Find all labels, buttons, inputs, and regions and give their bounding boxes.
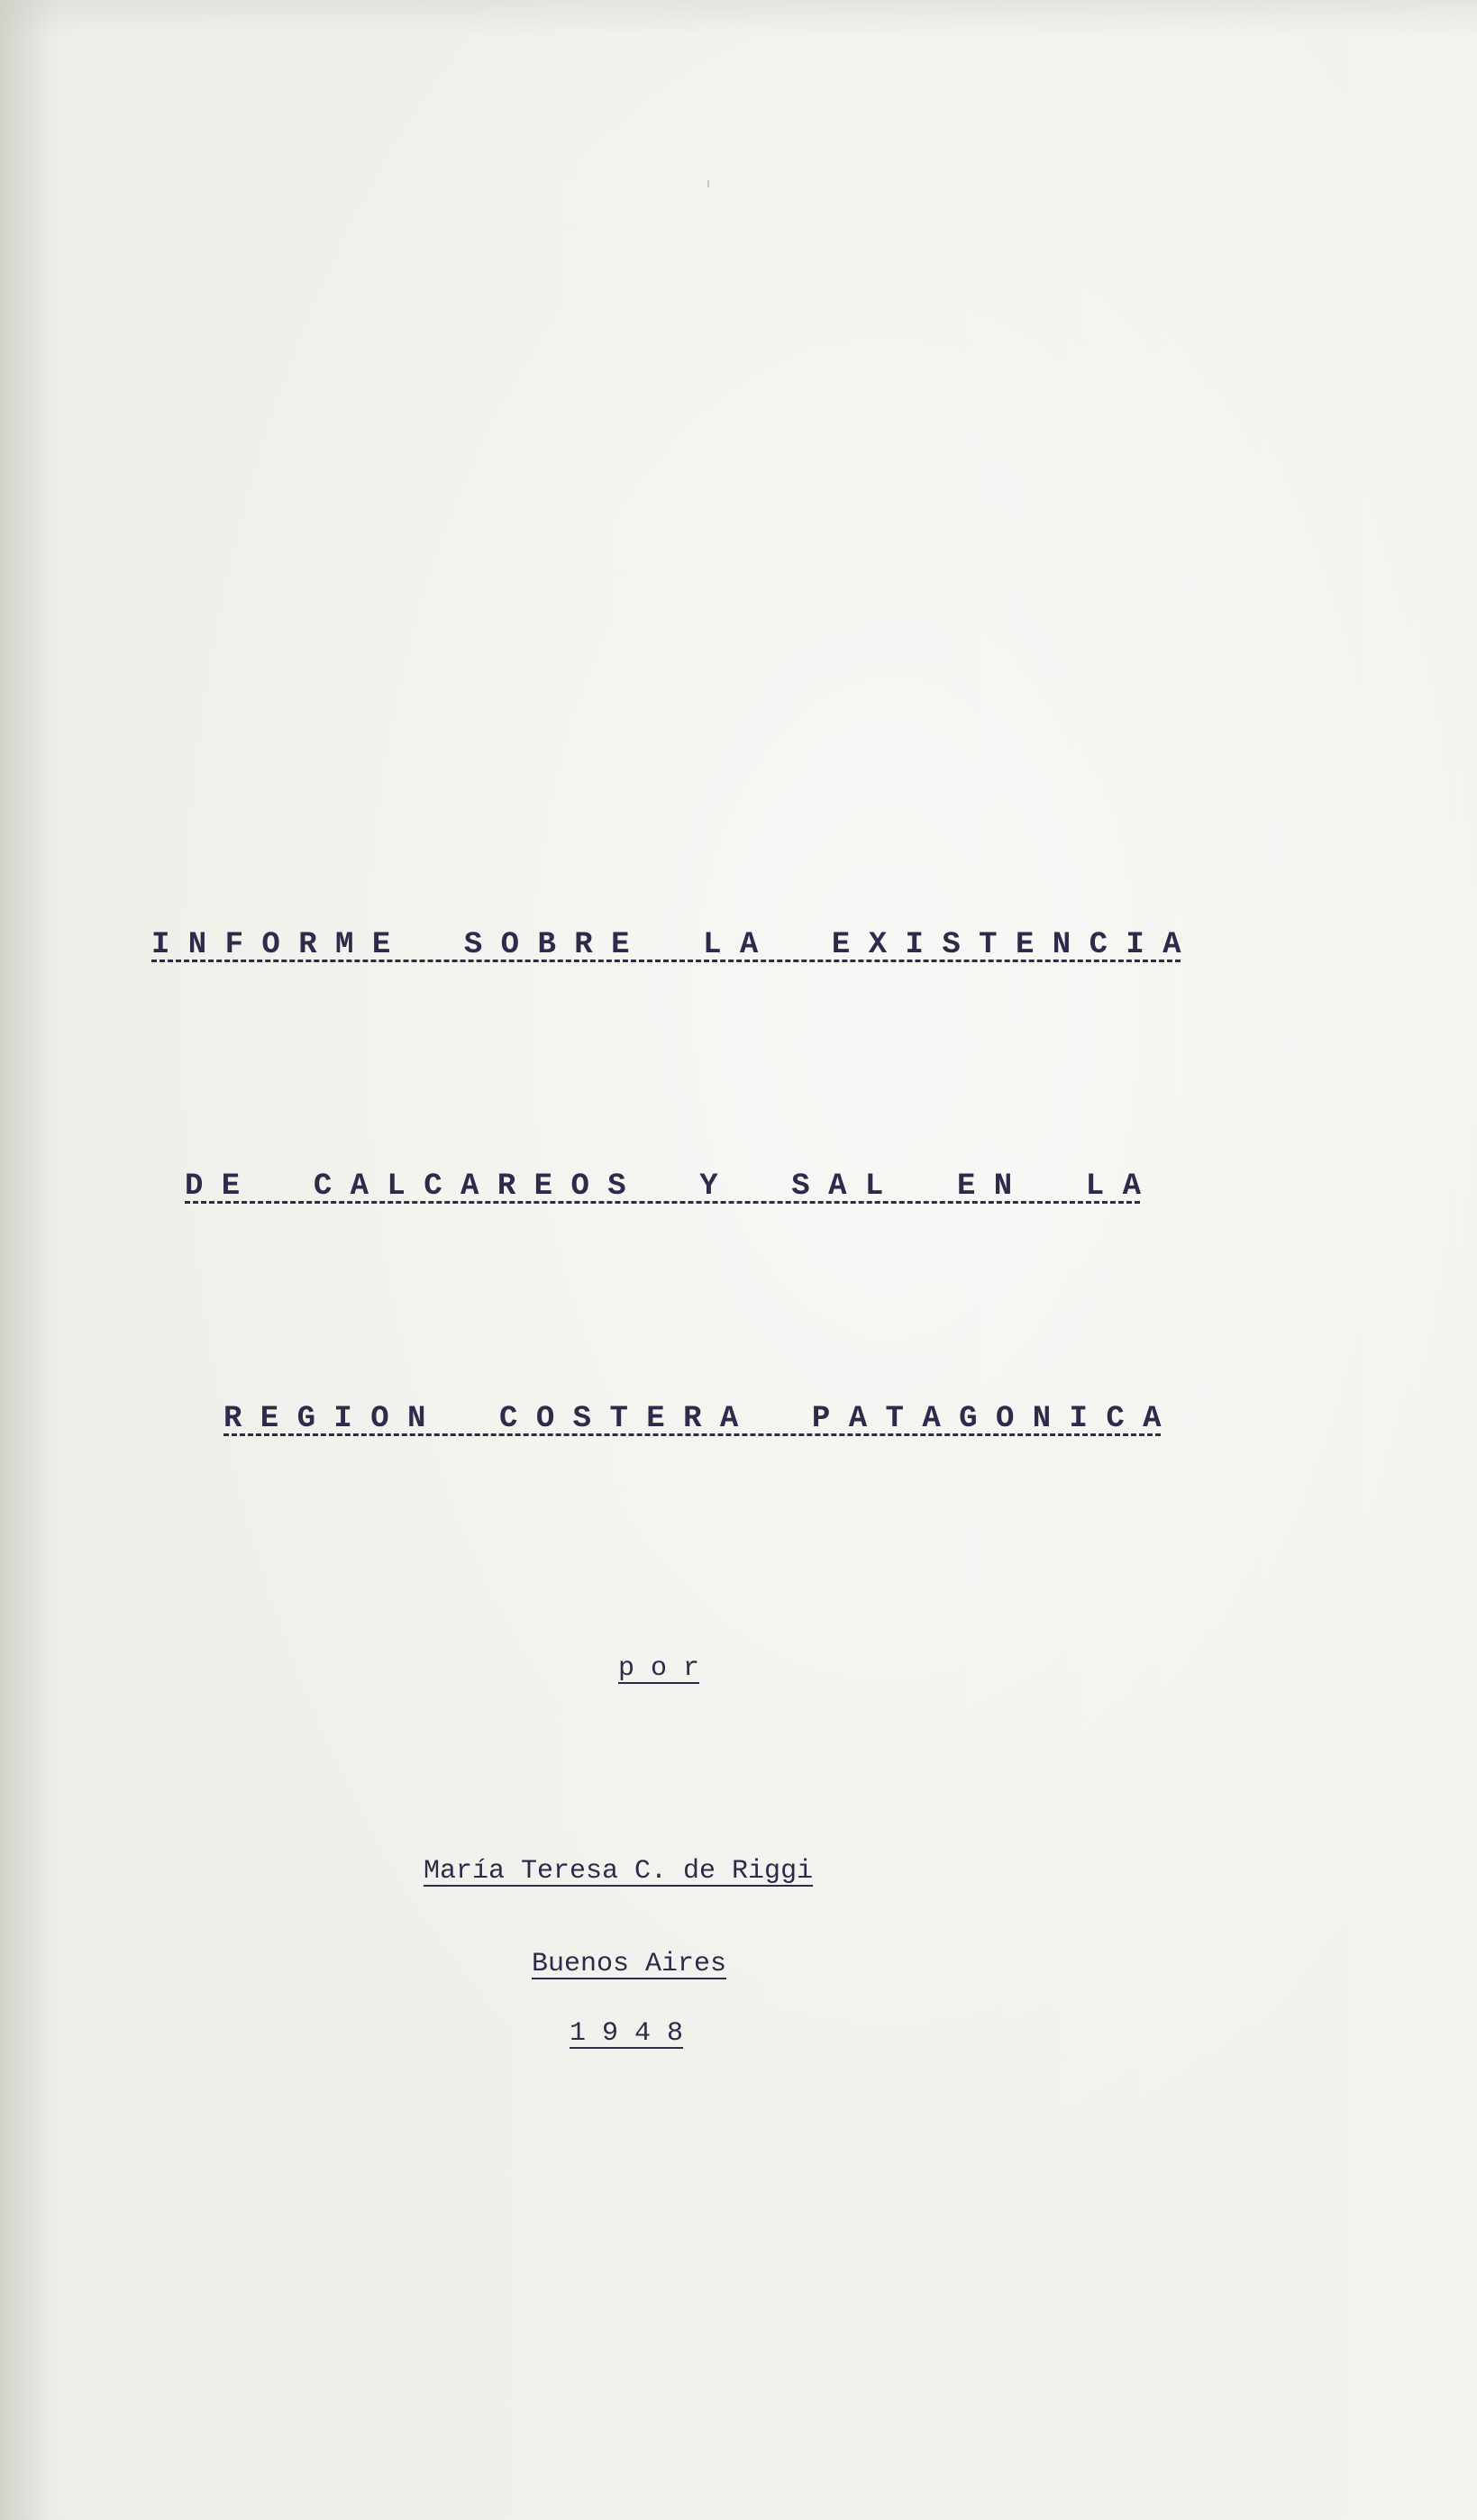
title-line-2: D E C A L C A R E O S Y S A L E N L A bbox=[185, 1169, 1141, 1204]
document-page: I N F O R M E S O B R E L A E X I S T E … bbox=[0, 0, 1477, 2520]
year: 1 9 4 8 bbox=[570, 2018, 683, 2049]
title-line-3: R E G I O N C O S T E R A P A T A G O N … bbox=[223, 1402, 1162, 1436]
page-edge-shadow bbox=[0, 0, 54, 2520]
title-line-1: I N F O R M E S O B R E L A E X I S T E … bbox=[151, 928, 1181, 962]
page-top-shadow bbox=[0, 0, 1477, 36]
city: Buenos Aires bbox=[532, 1949, 726, 1979]
by-label: p o r bbox=[618, 1653, 699, 1684]
author-name: María Teresa C. de Riggi bbox=[424, 1856, 813, 1887]
paper-speck bbox=[707, 180, 709, 187]
